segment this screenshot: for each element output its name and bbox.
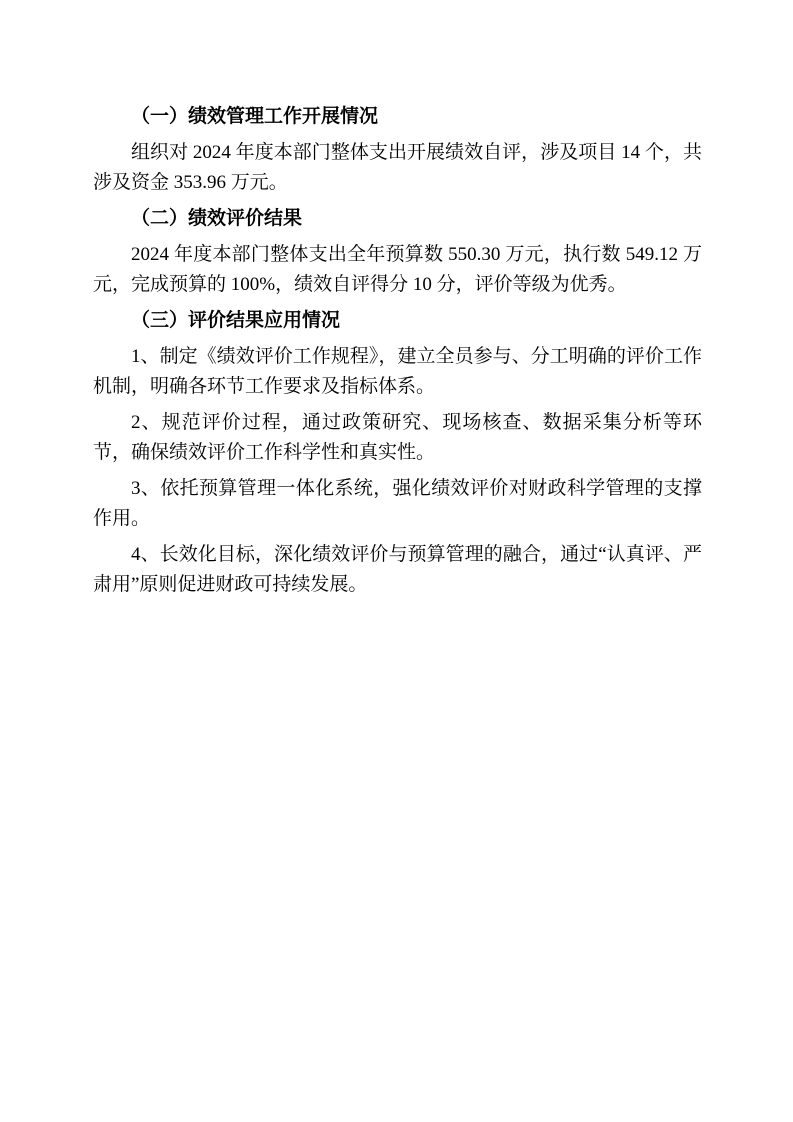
section-2-paragraph-1: 2024 年度本部门整体支出全年预算数 550.30 万元，执行数 549.12…	[93, 240, 702, 300]
section-3-paragraph-3: 3、依托预算管理一体化系统，强化绩效评价对财政科学管理的支撑作用。	[93, 474, 702, 534]
section-1-paragraph-1: 组织对 2024 年度本部门整体支出开展绩效自评，涉及项目 14 个，共涉及资金…	[93, 138, 702, 198]
section-3-paragraph-4: 4、长效化目标，深化绩效评价与预算管理的融合，通过“认真评、严肃用”原则促进财政…	[93, 540, 702, 600]
section-performance-management-work: （一）绩效管理工作开展情况 组织对 2024 年度本部门整体支出开展绩效自评，涉…	[93, 102, 702, 198]
section-evaluation-results: （二）绩效评价结果 2024 年度本部门整体支出全年预算数 550.30 万元，…	[93, 204, 702, 300]
section-2-heading: （二）绩效评价结果	[93, 204, 702, 234]
section-results-application: （三）评价结果应用情况 1、制定《绩效评价工作规程》，建立全员参与、分工明确的评…	[93, 306, 702, 600]
section-3-paragraph-2: 2、规范评价过程，通过政策研究、现场核查、数据采集分析等环节，确保绩效评价工作科…	[93, 408, 702, 468]
section-3-paragraph-1: 1、制定《绩效评价工作规程》，建立全员参与、分工明确的评价工作机制，明确各环节工…	[93, 342, 702, 402]
section-1-heading: （一）绩效管理工作开展情况	[93, 102, 702, 132]
section-3-heading: （三）评价结果应用情况	[93, 306, 702, 336]
document-page: （一）绩效管理工作开展情况 组织对 2024 年度本部门整体支出开展绩效自评，涉…	[0, 0, 793, 1122]
